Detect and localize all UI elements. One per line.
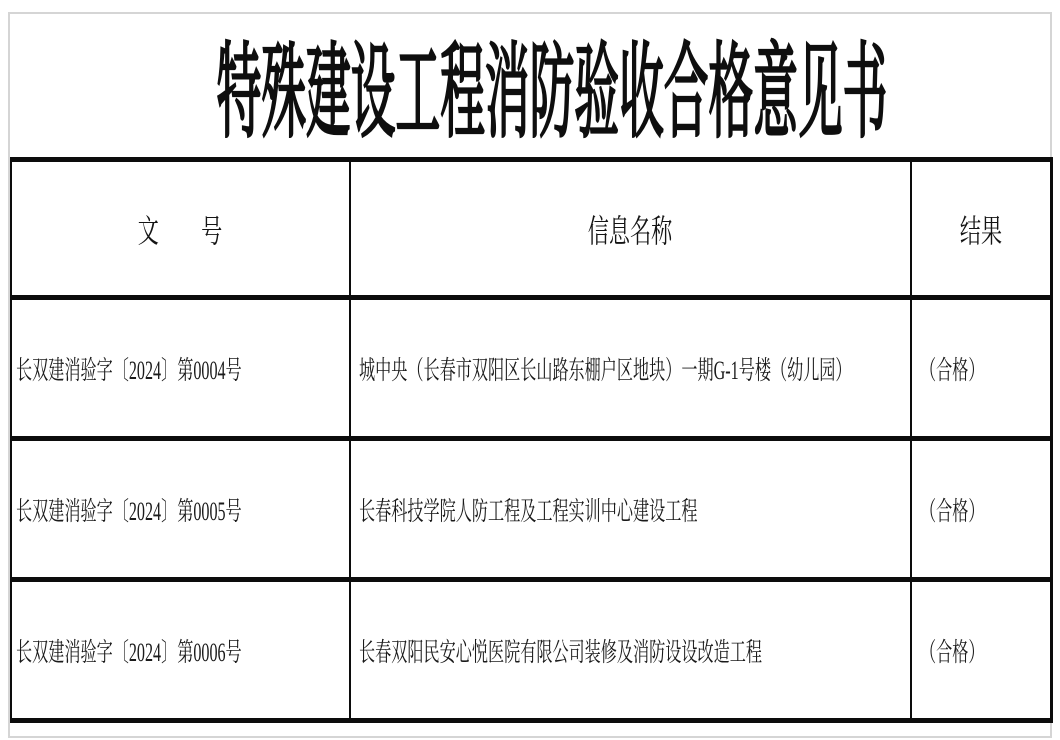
cell-doc-number: 长双建消验字〔2024〕第0005号 bbox=[11, 439, 350, 580]
info-name-text: 长春科技学院人防工程及工程实训中心建设工程 bbox=[359, 491, 698, 528]
column-header-result-label: 结果 bbox=[960, 206, 1002, 252]
info-name-text: 长春双阳民安心悦医院有限公司装修及消防设设改造工程 bbox=[359, 632, 762, 669]
table-row: 长双建消验字〔2024〕第0005号 长春科技学院人防工程及工程实训中心建设工程… bbox=[11, 439, 1051, 580]
doc-number-text: 长双建消验字〔2024〕第0005号 bbox=[16, 491, 242, 528]
cell-result: （合格） bbox=[911, 439, 1051, 580]
column-header-doc-number: 文 号 bbox=[11, 160, 350, 298]
result-text: （合格） bbox=[920, 350, 984, 387]
column-header-doc-number-label: 文 号 bbox=[138, 206, 222, 252]
table-row: 长双建消验字〔2024〕第0006号 长春双阳民安心悦医院有限公司装修及消防设设… bbox=[11, 580, 1051, 721]
cell-doc-number: 长双建消验字〔2024〕第0006号 bbox=[11, 580, 350, 721]
acceptance-results-table: 文 号 信息名称 结果 长双建消验字〔2024〕第0004号 城中央（长春市双阳… bbox=[10, 157, 1053, 723]
result-text: （合格） bbox=[920, 632, 984, 669]
column-header-info-name-label: 信息名称 bbox=[588, 206, 672, 252]
table-header-row: 文 号 信息名称 结果 bbox=[11, 160, 1051, 298]
cell-result: （合格） bbox=[911, 580, 1051, 721]
document-title-area: 特殊建设工程消防验收合格意见书 bbox=[0, 28, 1060, 156]
column-header-result: 结果 bbox=[911, 160, 1051, 298]
doc-number-text: 长双建消验字〔2024〕第0004号 bbox=[16, 350, 242, 387]
cell-result: （合格） bbox=[911, 298, 1051, 439]
table-row: 长双建消验字〔2024〕第0004号 城中央（长春市双阳区长山路东棚户区地块）一… bbox=[11, 298, 1051, 439]
doc-number-text: 长双建消验字〔2024〕第0006号 bbox=[16, 632, 242, 669]
cell-doc-number: 长双建消验字〔2024〕第0004号 bbox=[11, 298, 350, 439]
cell-info-name: 城中央（长春市双阳区长山路东棚户区地块）一期G-1号楼（幼儿园） bbox=[350, 298, 911, 439]
cell-info-name: 长春科技学院人防工程及工程实训中心建设工程 bbox=[350, 439, 911, 580]
info-name-text: 城中央（长春市双阳区长山路东棚户区地块）一期G-1号楼（幼儿园） bbox=[359, 350, 852, 387]
document-title: 特殊建设工程消防验收合格意见书 bbox=[217, 40, 888, 144]
cell-info-name: 长春双阳民安心悦医院有限公司装修及消防设设改造工程 bbox=[350, 580, 911, 721]
column-header-info-name: 信息名称 bbox=[350, 160, 911, 298]
result-text: （合格） bbox=[920, 491, 984, 528]
